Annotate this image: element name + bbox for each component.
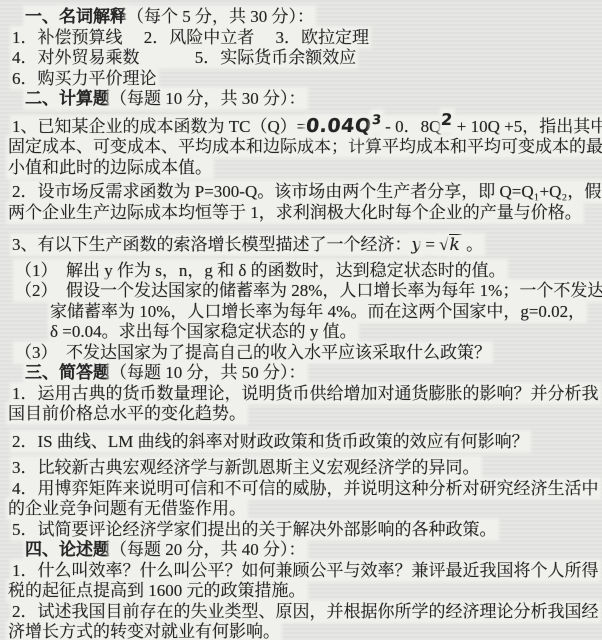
calc-q3-sub1-text: （1） 解出 y 作为 s，n，g 和 δ 的函数时，达到稳定状态时的值。 [15, 261, 506, 280]
terms-line-3: 6．购买力平价理论 [8, 69, 596, 90]
cost-function-mid: - 0．8Q [381, 117, 441, 136]
calc-q3-sub2-text-1: （2） 假设一个发达国家的储蓄率为 28%，人口增长率为每年 1%；一个不发达国 [15, 281, 602, 300]
section-2-number: 二、 [25, 89, 59, 108]
calc-q3-text: 3、有以下生产函数的索洛增长模型描述了一个经济： [12, 235, 412, 254]
short-q3-text: 3．比较新古典宏观经济学与新凯恩斯主义宏观经济学的异同。 [12, 458, 480, 477]
essay-q2-text-2: 济增长方式的转变对就业有何影响。 [8, 622, 280, 640]
calc-q2-text-1: 2．设市场反需求函数为 P=300-Q。该市场由两个生产者分享，即 Q=Q₁+Q… [12, 182, 602, 201]
essay-q1-text-1: 1．什么叫效率？什么叫公平？如何兼顾公平与效率？兼评最近我国将个人所得 [12, 561, 599, 580]
short-q4-text-1: 4．用博弈矩阵来说明可信和不可信的威胁，并说明这种分析对研究经济生活中 [12, 479, 599, 498]
short-q2-line: 2．IS 曲线、LM 曲线的斜率对财政政策和货币政策的效应有何影响？ [8, 432, 596, 453]
calc-q1-text: 1、已知某企业的成本函数为 TC（Q）= [12, 117, 306, 136]
exponent-3: 3 [371, 111, 382, 132]
cost-function-handwritten-term: 0.04Q [305, 116, 372, 137]
solow-period: 。 [462, 235, 483, 254]
calc-q2-text-2: 两个企业生产边际成本均恒等于 1，求利润极大化时每个企业的产量与价格。 [8, 203, 582, 222]
section-1-heading: 一、名词解释（每个 5 分，共 30 分）： [8, 7, 596, 28]
essay-q2-line-1: 2．试述我国目前存在的失业类型、原因，并根据你所学的经济理论分析我国经 [8, 602, 596, 623]
essay-q2-text-1: 2．试述我国目前存在的失业类型、原因，并根据你所学的经济理论分析我国经 [12, 602, 599, 621]
section-4-heading: 四、论述题（每题 20 分，共 40 分）： [8, 540, 596, 561]
terms-line-2: 4．对外贸易乘数 5．实际货币余额效应 [8, 48, 596, 69]
solow-var-y: y [412, 235, 422, 255]
calc-q1-text-2: 固定成本、可变成本、平均成本和边际成本；计算平均成本和平均可变成本的最 [8, 137, 602, 156]
calc-q3-line: 3、有以下生产函数的索洛增长模型描述了一个经济：y = √k 。 [8, 235, 596, 256]
calc-q3-sub-1: （1） 解出 y 作为 s，n，g 和 δ 的函数时，达到稳定状态时的值。 [8, 261, 596, 282]
calc-q3-sub-2-line-2: 家储蓄率为 10%，人口增长率为每年 4%。而在这两个国家中，g=0.02， [8, 302, 596, 323]
section-2-heading: 二、计算题（每题 10 分，共 30 分）： [8, 89, 596, 110]
solow-equals: = [421, 235, 439, 254]
short-q4-line-1: 4．用博弈矩阵来说明可信和不可信的威胁，并说明这种分析对研究经济生活中 [8, 479, 596, 500]
calc-q3-sub-3: （3） 不发达国家为了提高自己的收入水平应该采取什么政策？ [8, 343, 596, 364]
solow-var-k: k [449, 234, 462, 255]
short-q1-text-2: 国目前价格总水平的变化趋势。 [8, 404, 246, 423]
calc-q3-sub-2-line-1: （2） 假设一个发达国家的储蓄率为 28%，人口增长率为每年 1%；一个不发达国 [8, 281, 596, 302]
calc-q3-sub2-text-3: δ =0.04。求出每个国家稳定状态的 y 值。 [50, 322, 357, 341]
section-4-title: 论述题 [59, 540, 110, 559]
essay-q1-line-1: 1．什么叫效率？什么叫公平？如何兼顾公平与效率？兼评最近我国将个人所得 [8, 561, 596, 582]
short-q3-line: 3．比较新古典宏观经济学与新凯恩斯主义宏观经济学的异同。 [8, 458, 596, 479]
section-2-points: （每题 10 分，共 30 分）： [110, 89, 306, 108]
calc-q1-line-3: 小值和此时的边际成本值。 [8, 158, 596, 179]
essay-q1-line-2: 税的起征点提高到 1600 元的政策措施。 [8, 581, 596, 602]
section-3-heading: 三、简答题（每题 10 分，共 50 分）： [8, 363, 596, 384]
short-q2-text: 2．IS 曲线、LM 曲线的斜率对财政政策和货币政策的效应有何影响？ [12, 432, 529, 451]
calc-q3-sub3-text: （3） 不发达国家为了提高自己的收入水平应该采取什么政策？ [15, 343, 491, 362]
section-4-points: （每题 20 分，共 40 分）： [110, 540, 306, 559]
section-3-points: （每题 10 分，共 50 分）： [110, 363, 306, 382]
calc-q2-line-2: 两个企业生产边际成本均恒等于 1，求利润极大化时每个企业的产量与价格。 [8, 203, 596, 224]
short-q4-line-2: 的企业竞争问题有无借鉴作用。 [8, 499, 596, 520]
calc-q1-line-2: 固定成本、可变成本、平均成本和边际成本；计算平均成本和平均可变成本的最 [8, 137, 596, 158]
essay-q2-line-2: 济增长方式的转变对就业有何影响。 [8, 622, 596, 640]
short-q5-line: 5．试简要评论经济学家们提出的关于解决外部影响的各种政策。 [8, 520, 596, 541]
section-1-points: （每个 5 分，共 30 分）： [127, 7, 314, 26]
terms-1-2-3: 1．补偿预算线 2．风险中立者 3．欧拉定理 [12, 28, 369, 47]
terms-6: 6．购买力平价理论 [12, 69, 157, 88]
short-q5-text: 5．试简要评论经济学家们提出的关于解决外部影响的各种政策。 [12, 520, 497, 539]
exponent-2: 2 [440, 110, 453, 131]
terms-line-1: 1．补偿预算线 2．风险中立者 3．欧拉定理 [8, 28, 596, 49]
section-1-title: 名词解释 [59, 7, 127, 26]
calc-q1-line-1: 1、已知某企业的成本函数为 TC（Q）=0.04Q3 - 0．8Q2 + 10Q… [8, 110, 596, 138]
cost-function-tail: + 10Q +5，指出其中的 [453, 117, 602, 136]
short-q1-text-1: 1．运用古典的货币数量理论，说明货币供给增加对通货膨胀的影响？并分析我 [12, 384, 599, 403]
section-1-number: 一、 [25, 7, 59, 26]
short-q1-line-1: 1．运用古典的货币数量理论，说明货币供给增加对通货膨胀的影响？并分析我 [8, 384, 596, 405]
calc-q1-text-3: 小值和此时的边际成本值。 [8, 158, 212, 177]
section-4-number: 四、 [25, 540, 59, 559]
exam-paper: 一、名词解释（每个 5 分，共 30 分）： 1．补偿预算线 2．风险中立者 3… [0, 0, 602, 640]
section-3-title: 简答题 [59, 363, 110, 382]
section-3-number: 三、 [25, 363, 59, 382]
terms-4-5: 4．对外贸易乘数 5．实际货币余额效应 [12, 48, 356, 67]
short-q1-line-2: 国目前价格总水平的变化趋势。 [8, 404, 596, 425]
radical-sign: √ [439, 235, 448, 254]
calc-q3-sub-2-line-3: δ =0.04。求出每个国家稳定状态的 y 值。 [8, 322, 596, 343]
calc-q3-sub2-text-2: 家储蓄率为 10%，人口增长率为每年 4%。而在这两个国家中，g=0.02， [50, 302, 585, 321]
section-2-title: 计算题 [59, 89, 110, 108]
essay-q1-text-2: 税的起征点提高到 1600 元的政策措施。 [8, 581, 306, 600]
calc-q2-line-1: 2．设市场反需求函数为 P=300-Q。该市场由两个生产者分享，即 Q=Q₁+Q… [8, 182, 596, 203]
short-q4-text-2: 的企业竞争问题有无借鉴作用。 [8, 499, 246, 518]
